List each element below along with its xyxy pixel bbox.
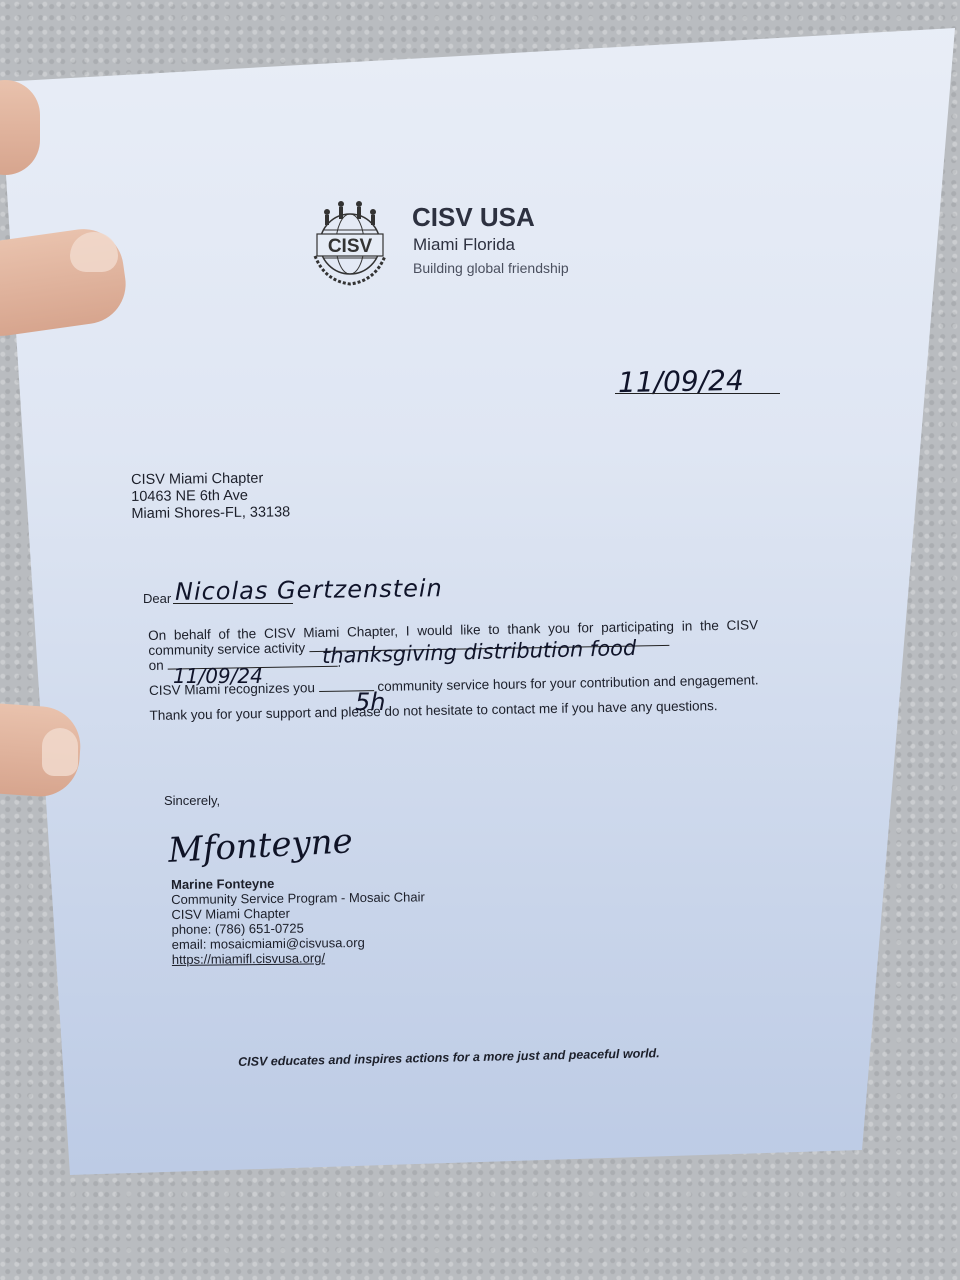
org-tagline: Building global friendship (413, 260, 569, 276)
hours-handwritten: 5h (355, 688, 385, 716)
sender-address: CISV Miami Chapter 10463 NE 6th Ave Miam… (131, 470, 290, 523)
signature-block: Marine Fonteyne Community Service Progra… (171, 874, 426, 967)
address-line-2: 10463 NE 6th Ave (131, 487, 290, 506)
org-location: Miami Florida (413, 235, 515, 255)
on-label: on (149, 658, 164, 673)
signature: Mfonteyne (167, 821, 354, 871)
svg-text:CISV: CISV (328, 236, 373, 257)
salutation-label: Dear (143, 591, 171, 606)
recipient-underline (173, 603, 293, 604)
date-underline (615, 393, 780, 394)
signatory-title: Community Service Program - Mosaic Chair (171, 889, 425, 907)
address-line-3: Miami Shores-FL, 33138 (131, 504, 290, 523)
footer-motto: CISV educates and inspires actions for a… (238, 1046, 660, 1069)
website-link[interactable]: https://miamifl.cisvusa.org/ (172, 949, 426, 967)
paragraph-3: Thank you for your support and please do… (149, 697, 759, 723)
closing: Sincerely, (164, 793, 220, 808)
cisv-logo: CISV (305, 196, 395, 286)
address-line-1: CISV Miami Chapter (131, 470, 290, 489)
paragraph-2-end: community service hours for your contrib… (377, 672, 758, 694)
recipient-name: Nicolas Gertzenstein (175, 574, 443, 606)
activity-date-handwritten: 11/09/24 (173, 664, 263, 688)
org-name: CISV USA (412, 202, 535, 233)
